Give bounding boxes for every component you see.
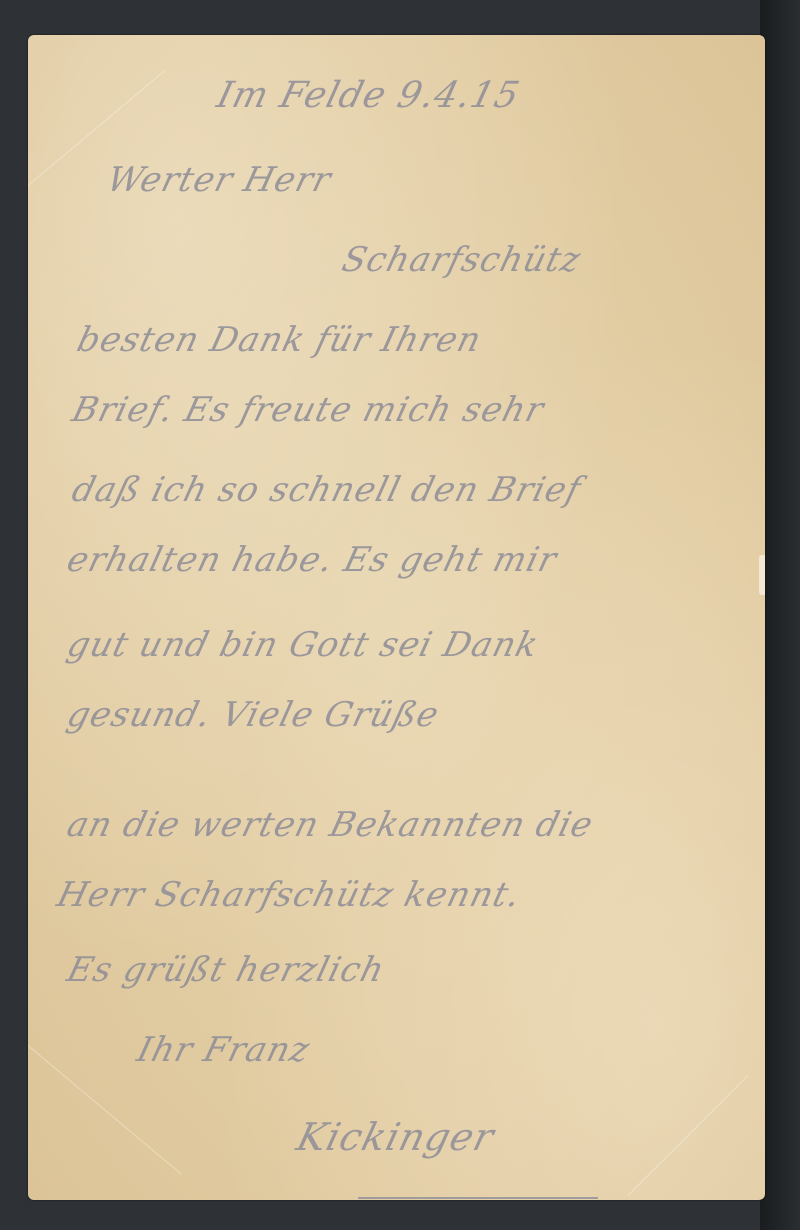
closing-line: Ihr Franz: [133, 1030, 314, 1070]
salutation-line-2: Scharfschütz: [338, 240, 585, 280]
body-line: gesund. Viele Grüße: [63, 695, 443, 735]
body-line: daß ich so schnell den Brief: [68, 470, 585, 510]
signature-underline: [358, 1197, 598, 1199]
postcard: Im Felde 9.4.15 Werter Herr Scharfschütz…: [28, 35, 765, 1200]
place-date: Im Felde 9.4.15: [213, 75, 524, 116]
torn-edge-notch: [759, 555, 765, 595]
body-line: erhalten habe. Es geht mir: [63, 540, 561, 580]
body-line: Brief. Es freute mich sehr: [68, 390, 548, 430]
signature: Kickinger: [293, 1115, 499, 1159]
body-line: besten Dank für Ihren: [73, 320, 486, 360]
scanner-background: [760, 0, 800, 1230]
body-line: Es grüßt herzlich: [63, 950, 389, 990]
salutation-line-1: Werter Herr: [103, 160, 336, 200]
corner-fold-bottom-right: [628, 1075, 749, 1196]
body-line: an die werten Bekannten die: [63, 805, 598, 845]
body-line: Herr Scharfschütz kennt.: [53, 875, 525, 915]
body-line: gut und bin Gott sei Dank: [63, 625, 543, 665]
